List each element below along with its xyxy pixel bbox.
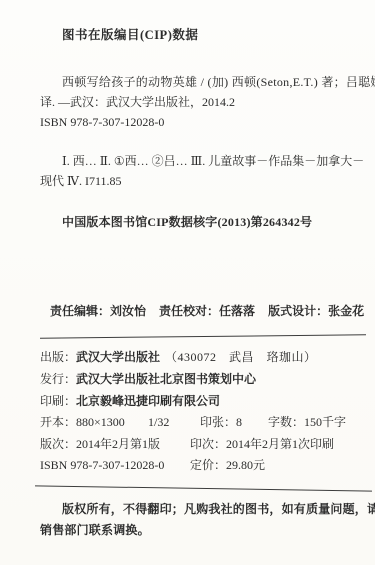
- copyright-notice-line-2: 销售部门联系调换。: [40, 520, 372, 541]
- print-specs-block: 开本：880×1300 1/32 印张：8 字数：150千字 版次：2014年2…: [40, 412, 372, 477]
- format-fraction: 1/32: [148, 412, 200, 434]
- price-spec: 定价：29.80元: [190, 455, 265, 477]
- cip-registry-line: 中国版本图书馆CIP数据核字(2013)第264342号: [40, 212, 372, 232]
- divider-bottom: [35, 485, 372, 491]
- staff-credits-row: 责任编辑：刘汝怡 责任校对：任落落 版式设计：张金花: [40, 301, 372, 321]
- proofreader-credit: 责任校对：任落落: [159, 301, 255, 321]
- format-label: 开本：: [40, 415, 76, 429]
- cip-classification-line-2: 现代 Ⅳ. I711.85: [40, 171, 372, 191]
- cip-classification-block: Ⅰ. 西… Ⅱ. ①西… ②吕… Ⅲ. 儿童故事－作品集－加拿大－ 现代 Ⅳ. …: [40, 151, 372, 191]
- book-copyright-page: 图书在版编目(CIP)数据 西顿写给孩子的动物英雄 / (加) 西顿(Seton…: [0, 0, 375, 565]
- cip-record-publisher-line: 译. —武汉：武汉大学出版社，2014.2: [40, 92, 372, 112]
- publishing-block: 出版：武汉大学出版社（430072 武昌 珞珈山） 发行：武汉大学出版社北京图书…: [40, 346, 372, 412]
- cip-record-block: 西顿写给孩子的动物英雄 / (加) 西顿(Seton,E.T.) 著；吕聪娜 译…: [40, 72, 372, 132]
- price-label: 定价：: [190, 458, 226, 472]
- distributor-label: 发行：: [40, 372, 76, 386]
- sheets-spec: 印张：8: [200, 412, 268, 434]
- publisher-name: 武汉大学出版社: [76, 350, 160, 364]
- edition-value: 2014年2月第1版: [76, 437, 160, 451]
- impression-label: 印次：: [190, 437, 226, 451]
- editor-label: 责任编辑：: [50, 304, 110, 318]
- editor-credit: 责任编辑：刘汝怡: [50, 301, 146, 321]
- cip-isbn-line: ISBN 978-7-307-12028-0: [40, 112, 372, 132]
- copyright-notice: 版权所有，不得翻印；凡购我社的图书，如有质量问题，请与当地图书 销售部门联系调换…: [40, 499, 372, 541]
- proofreader-label: 责任校对：: [159, 304, 219, 318]
- edition-spec: 版次：2014年2月第1版: [40, 434, 190, 456]
- designer-name: 张金花: [328, 304, 364, 318]
- publisher-label: 出版：: [40, 350, 76, 364]
- publisher-address: （430072 武昌 珞珈山）: [165, 350, 317, 364]
- words-label: 字数：: [268, 415, 304, 429]
- sheets-value: 8: [236, 415, 242, 429]
- cip-record-title-line: 西顿写给孩子的动物英雄 / (加) 西顿(Seton,E.T.) 著；吕聪娜: [40, 72, 372, 92]
- cip-heading: 图书在版编目(CIP)数据: [40, 25, 372, 45]
- designer-label: 版式设计：: [268, 304, 328, 318]
- proofreader-name: 任落落: [219, 304, 255, 318]
- printer-name: 北京毅峰迅捷印刷有限公司: [76, 394, 220, 408]
- printer-label: 印刷：: [40, 394, 76, 408]
- publisher-row: 出版：武汉大学出版社（430072 武昌 珞珈山）: [40, 346, 372, 368]
- format-row: 开本：880×1300 1/32 印张：8 字数：150千字: [40, 412, 372, 434]
- copyright-notice-line-1: 版权所有，不得翻印；凡购我社的图书，如有质量问题，请与当地图书: [40, 499, 372, 520]
- isbn-spec: ISBN 978-7-307-12028-0: [40, 455, 190, 477]
- words-value: 150千字: [304, 415, 346, 429]
- impression-value: 2014年2月第1次印刷: [226, 437, 334, 451]
- format-spec: 开本：880×1300: [40, 412, 148, 434]
- distributor-name: 武汉大学出版社北京图书策划中心: [76, 372, 256, 386]
- distributor-row: 发行：武汉大学出版社北京图书策划中心: [40, 368, 372, 390]
- editor-name: 刘汝怡: [110, 304, 146, 318]
- divider-top: [40, 334, 366, 338]
- printer-row: 印刷：北京毅峰迅捷印刷有限公司: [40, 390, 372, 412]
- edition-row: 版次：2014年2月第1版 印次：2014年2月第1次印刷: [40, 434, 372, 456]
- format-value: 880×1300: [76, 415, 125, 429]
- price-value: 29.80元: [226, 458, 265, 472]
- words-spec: 字数：150千字: [268, 412, 346, 434]
- cip-classification-line-1: Ⅰ. 西… Ⅱ. ①西… ②吕… Ⅲ. 儿童故事－作品集－加拿大－: [40, 151, 372, 171]
- impression-spec: 印次：2014年2月第1次印刷: [190, 434, 334, 456]
- edition-label: 版次：: [40, 437, 76, 451]
- sheets-label: 印张：: [200, 415, 236, 429]
- isbn-price-row: ISBN 978-7-307-12028-0 定价：29.80元: [40, 455, 372, 477]
- designer-credit: 版式设计：张金花: [268, 301, 364, 321]
